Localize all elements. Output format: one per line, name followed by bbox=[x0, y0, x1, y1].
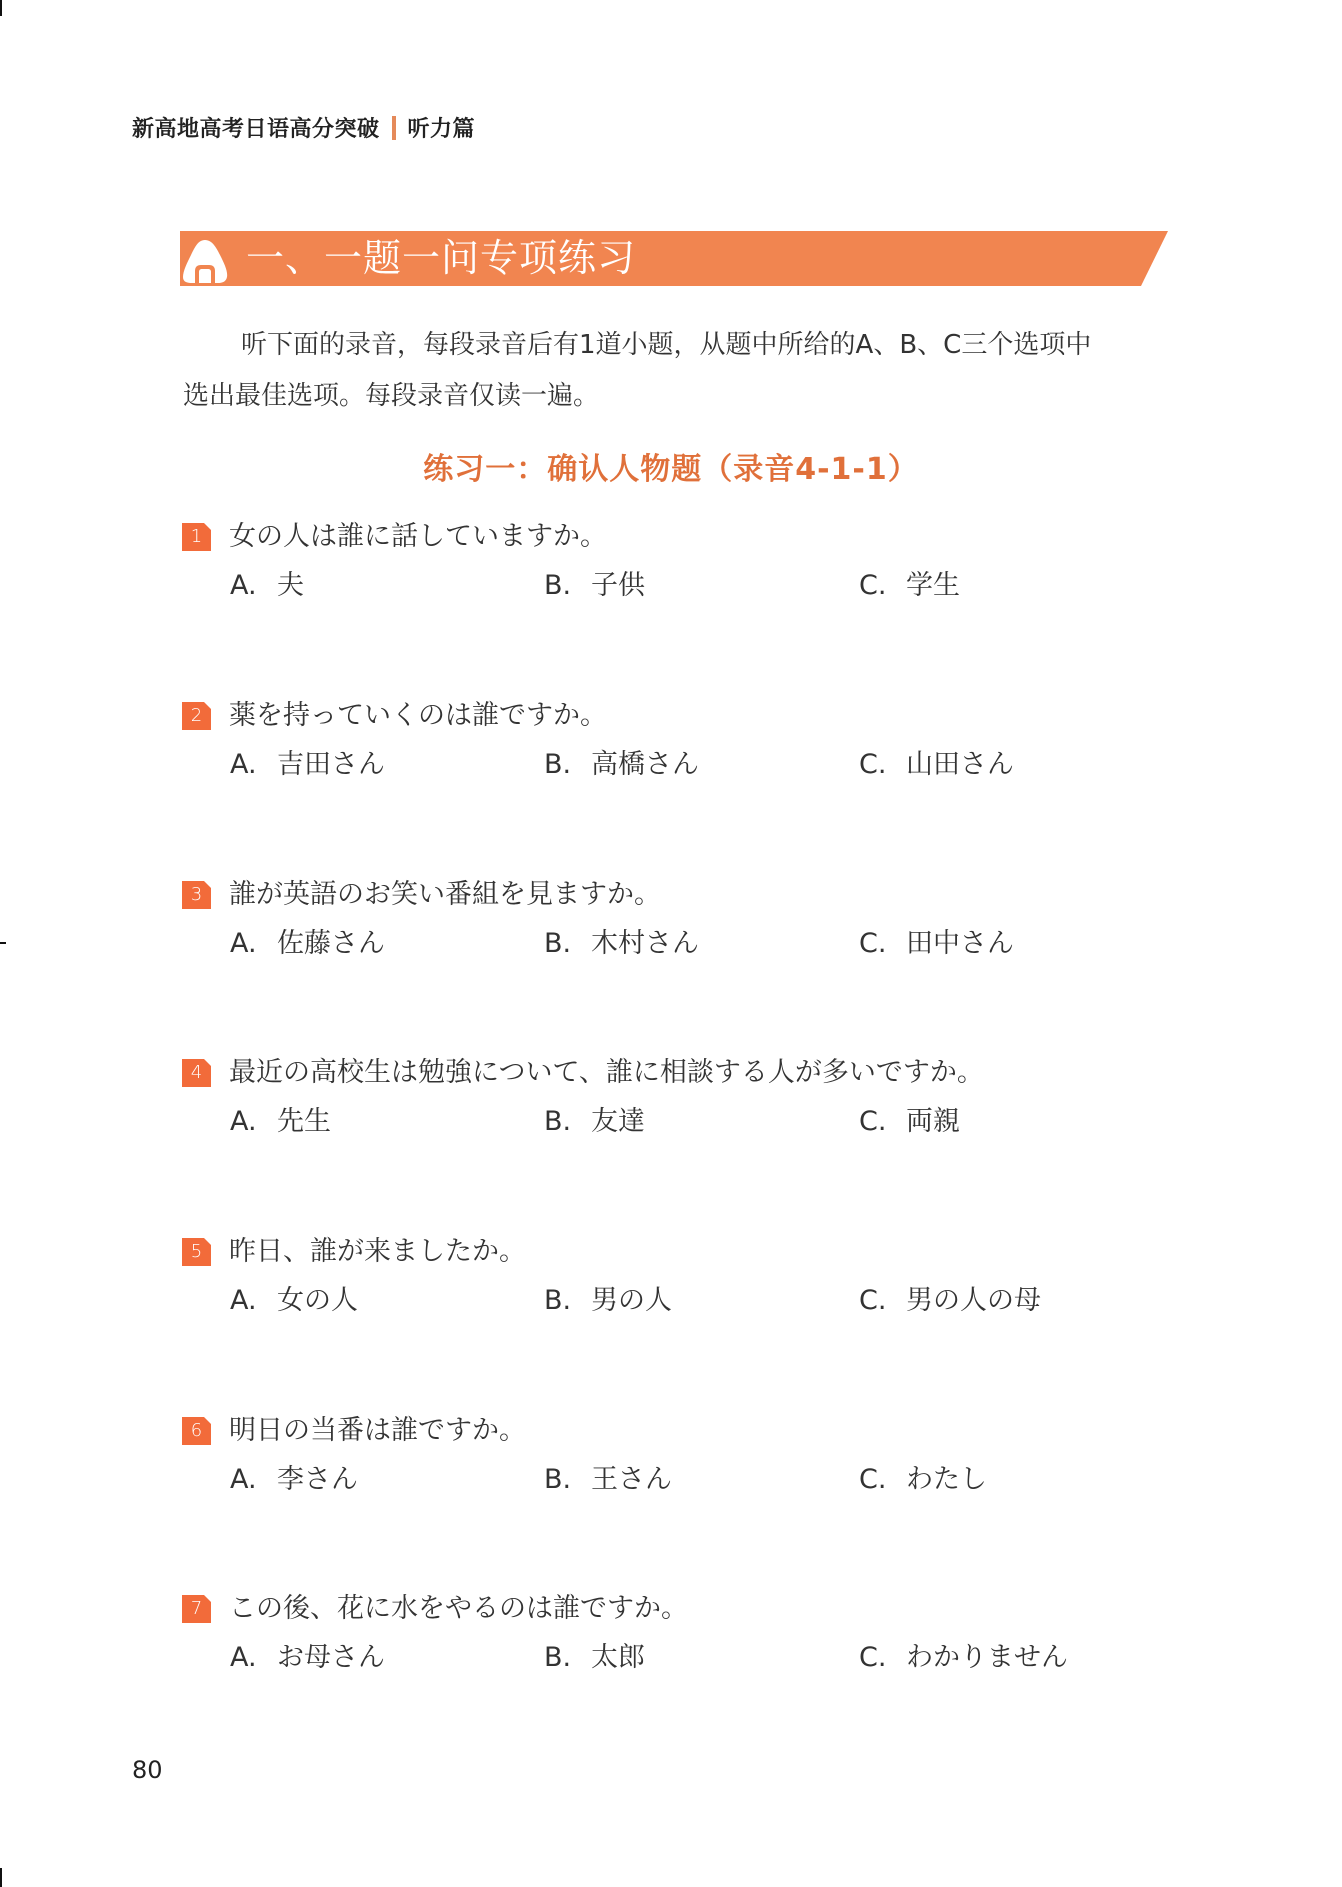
question-text: 女の人は誰に話していますか。 bbox=[229, 517, 607, 557]
option-c: C.わたし bbox=[859, 1460, 987, 1500]
question-number-badge: 1 bbox=[182, 523, 211, 551]
option-c: C.わかりません bbox=[859, 1638, 1068, 1678]
option-b: B.太郎 bbox=[544, 1638, 645, 1678]
option-a: A.夫 bbox=[230, 566, 304, 606]
section-banner: 一、一题一问专项练习 bbox=[180, 231, 1168, 286]
option-a: A.女の人 bbox=[230, 1281, 358, 1321]
question-text: 薬を持っていくのは誰ですか。 bbox=[229, 696, 607, 736]
question-text: 誰が英語のお笑い番組を見ますか。 bbox=[229, 875, 661, 915]
option-a: A.李さん bbox=[230, 1460, 358, 1500]
option-c: C.両親 bbox=[859, 1102, 960, 1142]
question-text: この後、花に水をやるのは誰ですか。 bbox=[229, 1589, 688, 1629]
option-c: C.学生 bbox=[859, 566, 960, 606]
instructions-line-2: 选出最佳选项。每段录音仅读一遍。 bbox=[183, 371, 1168, 422]
question-number-badge: 7 bbox=[182, 1595, 211, 1623]
onigiri-icon bbox=[182, 237, 228, 283]
option-a: A.お母さん bbox=[230, 1638, 385, 1678]
option-b: B.男の人 bbox=[544, 1281, 672, 1321]
question-5: 5 昨日、誰が来ましたか。 A.女の人 B.男の人 C.男の人の母 bbox=[180, 1232, 1180, 1352]
option-b: B.高橋さん bbox=[544, 745, 699, 785]
question-1: 1 女の人は誰に話していますか。 A.夫 B.子供 C.学生 bbox=[180, 517, 1180, 637]
running-head: 新高地高考日语高分突破 听力篇 bbox=[132, 112, 475, 143]
question-text: 明日の当番は誰ですか。 bbox=[229, 1411, 526, 1451]
question-text: 昨日、誰が来ましたか。 bbox=[229, 1232, 526, 1272]
crop-mark-top-left bbox=[0, 0, 2, 16]
option-b: B.友達 bbox=[544, 1102, 645, 1142]
option-b: B.王さん bbox=[544, 1460, 672, 1500]
option-b: B.木村さん bbox=[544, 924, 699, 964]
header-divider bbox=[392, 116, 396, 140]
option-a: A.先生 bbox=[230, 1102, 331, 1142]
page-number: 80 bbox=[132, 1756, 163, 1784]
option-c: C.男の人の母 bbox=[859, 1281, 1041, 1321]
question-number-badge: 4 bbox=[182, 1059, 211, 1087]
question-number-badge: 6 bbox=[182, 1417, 211, 1445]
option-b: B.子供 bbox=[544, 566, 645, 606]
question-2: 2 薬を持っていくのは誰ですか。 A.吉田さん B.高橋さん C.山田さん bbox=[180, 696, 1180, 816]
question-number-badge: 2 bbox=[182, 702, 211, 730]
crop-mark-bottom-left bbox=[0, 1868, 2, 1887]
instructions-line-1: 听下面的录音，每段录音后有1道小题，从题中所给的A、B、C三个选项中 bbox=[183, 320, 1168, 371]
book-title: 新高地高考日语高分突破 bbox=[132, 112, 380, 143]
question-number-badge: 5 bbox=[182, 1238, 211, 1266]
question-7: 7 この後、花に水をやるのは誰ですか。 A.お母さん B.太郎 C.わかりません bbox=[180, 1589, 1180, 1709]
option-c: C.田中さん bbox=[859, 924, 1014, 964]
question-6: 6 明日の当番は誰ですか。 A.李さん B.王さん C.わたし bbox=[180, 1411, 1180, 1531]
question-text: 最近の高校生は勉強について、誰に相談する人が多いですか。 bbox=[229, 1053, 984, 1093]
section-name: 听力篇 bbox=[408, 112, 476, 143]
exercise-title: 练习一：确认人物题（录音4-1-1） bbox=[0, 444, 1342, 488]
question-4: 4 最近の高校生は勉強について、誰に相談する人が多いですか。 A.先生 B.友達… bbox=[180, 1053, 1180, 1173]
crop-mark-left-middle bbox=[0, 942, 6, 944]
option-c: C.山田さん bbox=[859, 745, 1014, 785]
question-number-badge: 3 bbox=[182, 881, 211, 909]
option-a: A.吉田さん bbox=[230, 745, 385, 785]
question-3: 3 誰が英語のお笑い番組を見ますか。 A.佐藤さん B.木村さん C.田中さん bbox=[180, 875, 1180, 995]
banner-title: 一、一题一问专项练习 bbox=[246, 235, 636, 281]
instructions: 听下面的录音，每段录音后有1道小题，从题中所给的A、B、C三个选项中 选出最佳选… bbox=[183, 320, 1168, 422]
option-a: A.佐藤さん bbox=[230, 924, 385, 964]
